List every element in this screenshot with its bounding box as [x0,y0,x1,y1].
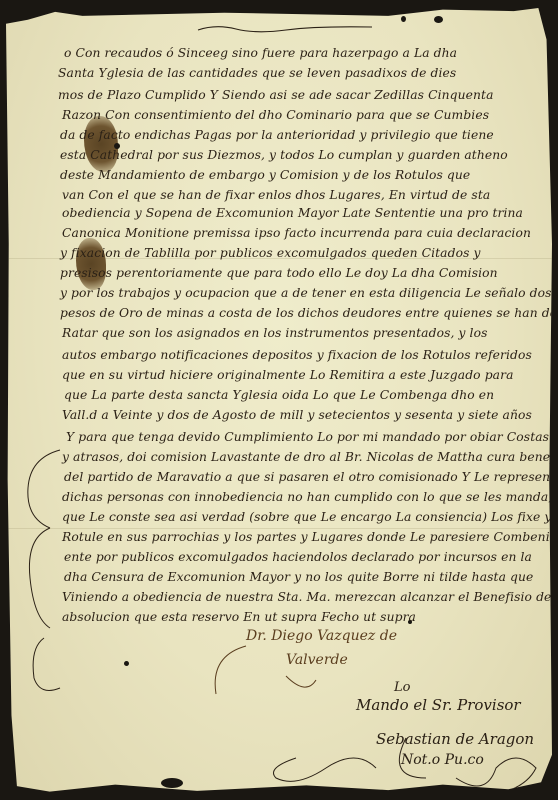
body-line: Vall.d a Veinte y dos de Agosto de mill … [62,408,532,422]
notary-rubric-icon [256,718,546,798]
body-line: obediencia y Sopena de Excomunion Mayor … [62,206,523,220]
body-line: Rotule en sus parrochias y los partes y … [62,530,550,544]
body-line: autos embargo notificaciones depositos y… [62,348,532,362]
body-line: y por los trabajos y ocupacion que a de … [60,286,552,300]
body-line: presisos perentoriamente que para todo e… [60,266,498,280]
body-line: o Con recaudos ó Sinceeg sino fuere para… [64,46,457,60]
notary-prefix: Lo [394,680,410,695]
body-line: que en su virtud hiciere originalmente L… [62,368,514,382]
body-line: da de facto endichas Pagas por la anteri… [60,128,494,142]
body-line: del partido de Maravatio a que si pasare… [64,470,558,484]
paper-damage [161,778,183,788]
margin-bracket-icon [20,448,70,698]
body-line: absolucion que esta reservo En ut supra … [62,610,416,624]
water-stain [84,116,118,172]
body-line: Viniendo a obediencia de nuestra Sta. Ma… [62,590,551,604]
body-line: que La parte desta sancta Yglesia oida L… [64,388,494,402]
body-line: y atrasos, doi comision Lavastante de dr… [62,450,558,464]
paper-hole [434,16,443,23]
manuscript-page: o Con recaudos ó Sinceeg sino fuere para… [6,8,552,794]
body-line: ente por publicos excomulgados haciendol… [64,550,532,564]
body-line: esta Cathedral por sus Diezmos, y todos … [60,148,508,162]
paper-hole [401,16,406,22]
body-line: pesos de Oro de minas a costa de los dic… [60,306,557,320]
top-flourish-icon [196,22,376,36]
body-line: mos de Plazo Cumplido Y Siendo asi se ad… [58,88,494,102]
body-line: Razon Con consentimiento del dho Cominar… [62,108,489,122]
body-line: dichas personas con innobediencia no han… [62,490,558,504]
body-line: Santa Yglesia de las cantidades que se l… [58,66,456,80]
paper-hole [124,661,129,666]
body-line: y fixacion de Tablilla por publicos exco… [60,246,481,260]
paper-fold-line [6,528,552,529]
body-line: Ratar que son los asignados en los instr… [62,326,488,340]
body-line: dha Censura de Excomunion Mayor y no los… [64,570,533,584]
signature-flourish-icon [206,636,326,696]
body-line: Y para que tenga devido Cumplimiento Lo … [66,430,549,444]
notary-mando-line: Mando el Sr. Provisor [356,696,521,714]
body-line: que Le conste sea asi verdad (sobre que … [62,510,551,524]
body-line: van Con el que se han de fixar enlos dho… [62,188,490,202]
body-line: deste Mandamiento de embargo y Comision … [60,168,470,182]
body-line: Canonica Monitione premissa ipso facto i… [62,226,531,240]
